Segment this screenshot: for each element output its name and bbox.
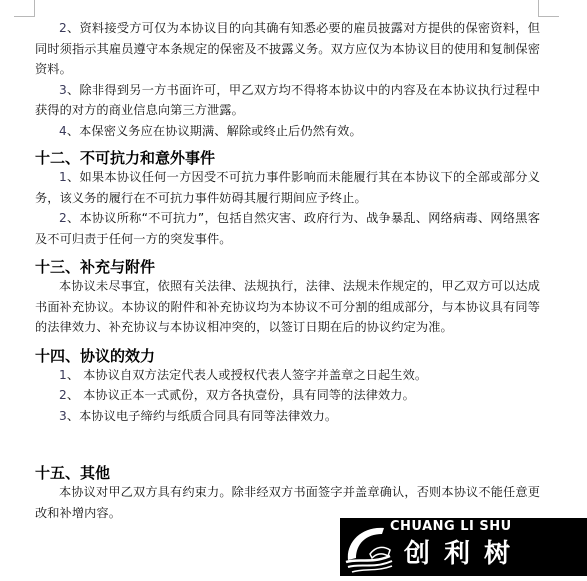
item-text: 、 本协议正本一式贰份，双方各执壹份，具有同等的法律效力。 — [67, 388, 415, 402]
item-text: 、资料接受方可仅为本协议目的向其确有知悉必要的雇员披露对方提供的保密资料，但同时… — [35, 21, 540, 76]
section-other: 十五、其他 本协议对甲乙双方具有约束力。除非经双方书面签字并盖章确认，否则本协议… — [35, 464, 540, 523]
item-number: 3 — [59, 83, 67, 97]
item-number: 3 — [59, 409, 67, 423]
watermark-logo: CHUANG LI SHU 创利树 — [340, 518, 587, 576]
section-supplements: 十三、补充与附件 本协议未尽事宜，依照有关法律、法规执行，法律、法规未作规定的，… — [35, 258, 540, 338]
section-heading: 十四、协议的效力 — [35, 347, 540, 365]
page-corner-mark-right — [538, 0, 559, 17]
section-body: 本协议未尽事宜，依照有关法律、法规执行，法律、法规未作规定的，甲乙双方可以达成书… — [35, 276, 540, 338]
document-page: 2、资料接受方可仅为本协议目的向其确有知悉必要的雇员披露对方提供的保密资料，但同… — [35, 18, 540, 523]
item-number: 1 — [59, 170, 67, 184]
item-number: 4 — [59, 124, 67, 138]
clause-item: 3、除非得到另一方书面许可，甲乙双方均不得将本协议中的内容及在本协议执行过程中获… — [35, 80, 540, 121]
page-corner-mark-left — [14, 0, 35, 17]
item-number: 2 — [59, 211, 67, 225]
item-number: 2 — [59, 388, 67, 402]
section-heading: 十三、补充与附件 — [35, 258, 540, 276]
section-force-majeure: 十二、不可抗力和意外事件 1、如果本协议任何一方因受不可抗力事件影响而未能履行其… — [35, 149, 540, 249]
section-validity: 十四、协议的效力 1、 本协议自双方法定代表人或授权代表人签字并盖章之日起生效。… — [35, 347, 540, 427]
item-text: 、本保密义务应在协议期满、解除或终止后仍然有效。 — [67, 124, 362, 138]
item-text: 、本协议所称“不可抗力”，包括自然灾害、政府行为、战争暴乱、网络病毒、网络黑客及… — [35, 211, 540, 246]
clause-item: 3、本协议电子缔约与纸质合同具有同等法律效力。 — [35, 406, 540, 427]
section-heading: 十二、不可抗力和意外事件 — [35, 149, 540, 167]
item-number: 1 — [59, 368, 67, 382]
item-text: 、 本协议自双方法定代表人或授权代表人签字并盖章之日起生效。 — [67, 368, 427, 382]
section-heading: 十五、其他 — [35, 464, 540, 482]
watermark-english-text: CHUANG LI SHU — [390, 519, 512, 534]
watermark-chinese-text: 创利树 — [404, 538, 524, 570]
clause-item: 2、 本协议正本一式贰份，双方各执壹份，具有同等的法律效力。 — [35, 385, 540, 406]
clause-item: 1、 本协议自双方法定代表人或授权代表人签字并盖章之日起生效。 — [35, 365, 540, 386]
item-text: 、本协议电子缔约与纸质合同具有同等法律效力。 — [67, 409, 337, 423]
section-body: 本协议对甲乙双方具有约束力。除非经双方书面签字并盖章确认，否则本协议不能任意更改… — [35, 482, 540, 523]
clause-item: 1、如果本协议任何一方因受不可抗力事件影响而未能履行其在本协议下的全部或部分义务… — [35, 167, 540, 208]
item-text: 、如果本协议任何一方因受不可抗力事件影响而未能履行其在本协议下的全部或部分义务，… — [35, 170, 540, 205]
clause-item: 2、本协议所称“不可抗力”，包括自然灾害、政府行为、战争暴乱、网络病毒、网络黑客… — [35, 208, 540, 249]
item-text: 、除非得到另一方书面许可，甲乙双方均不得将本协议中的内容及在本协议执行过程中获得… — [35, 83, 540, 118]
continued-confidentiality-clause: 2、资料接受方可仅为本协议目的向其确有知悉必要的雇员披露对方提供的保密资料，但同… — [35, 18, 540, 141]
clause-item: 4、本保密义务应在协议期满、解除或终止后仍然有效。 — [35, 121, 540, 142]
item-number: 2 — [59, 21, 67, 35]
clause-item: 2、资料接受方可仅为本协议目的向其确有知悉必要的雇员披露对方提供的保密资料，但同… — [35, 18, 540, 80]
